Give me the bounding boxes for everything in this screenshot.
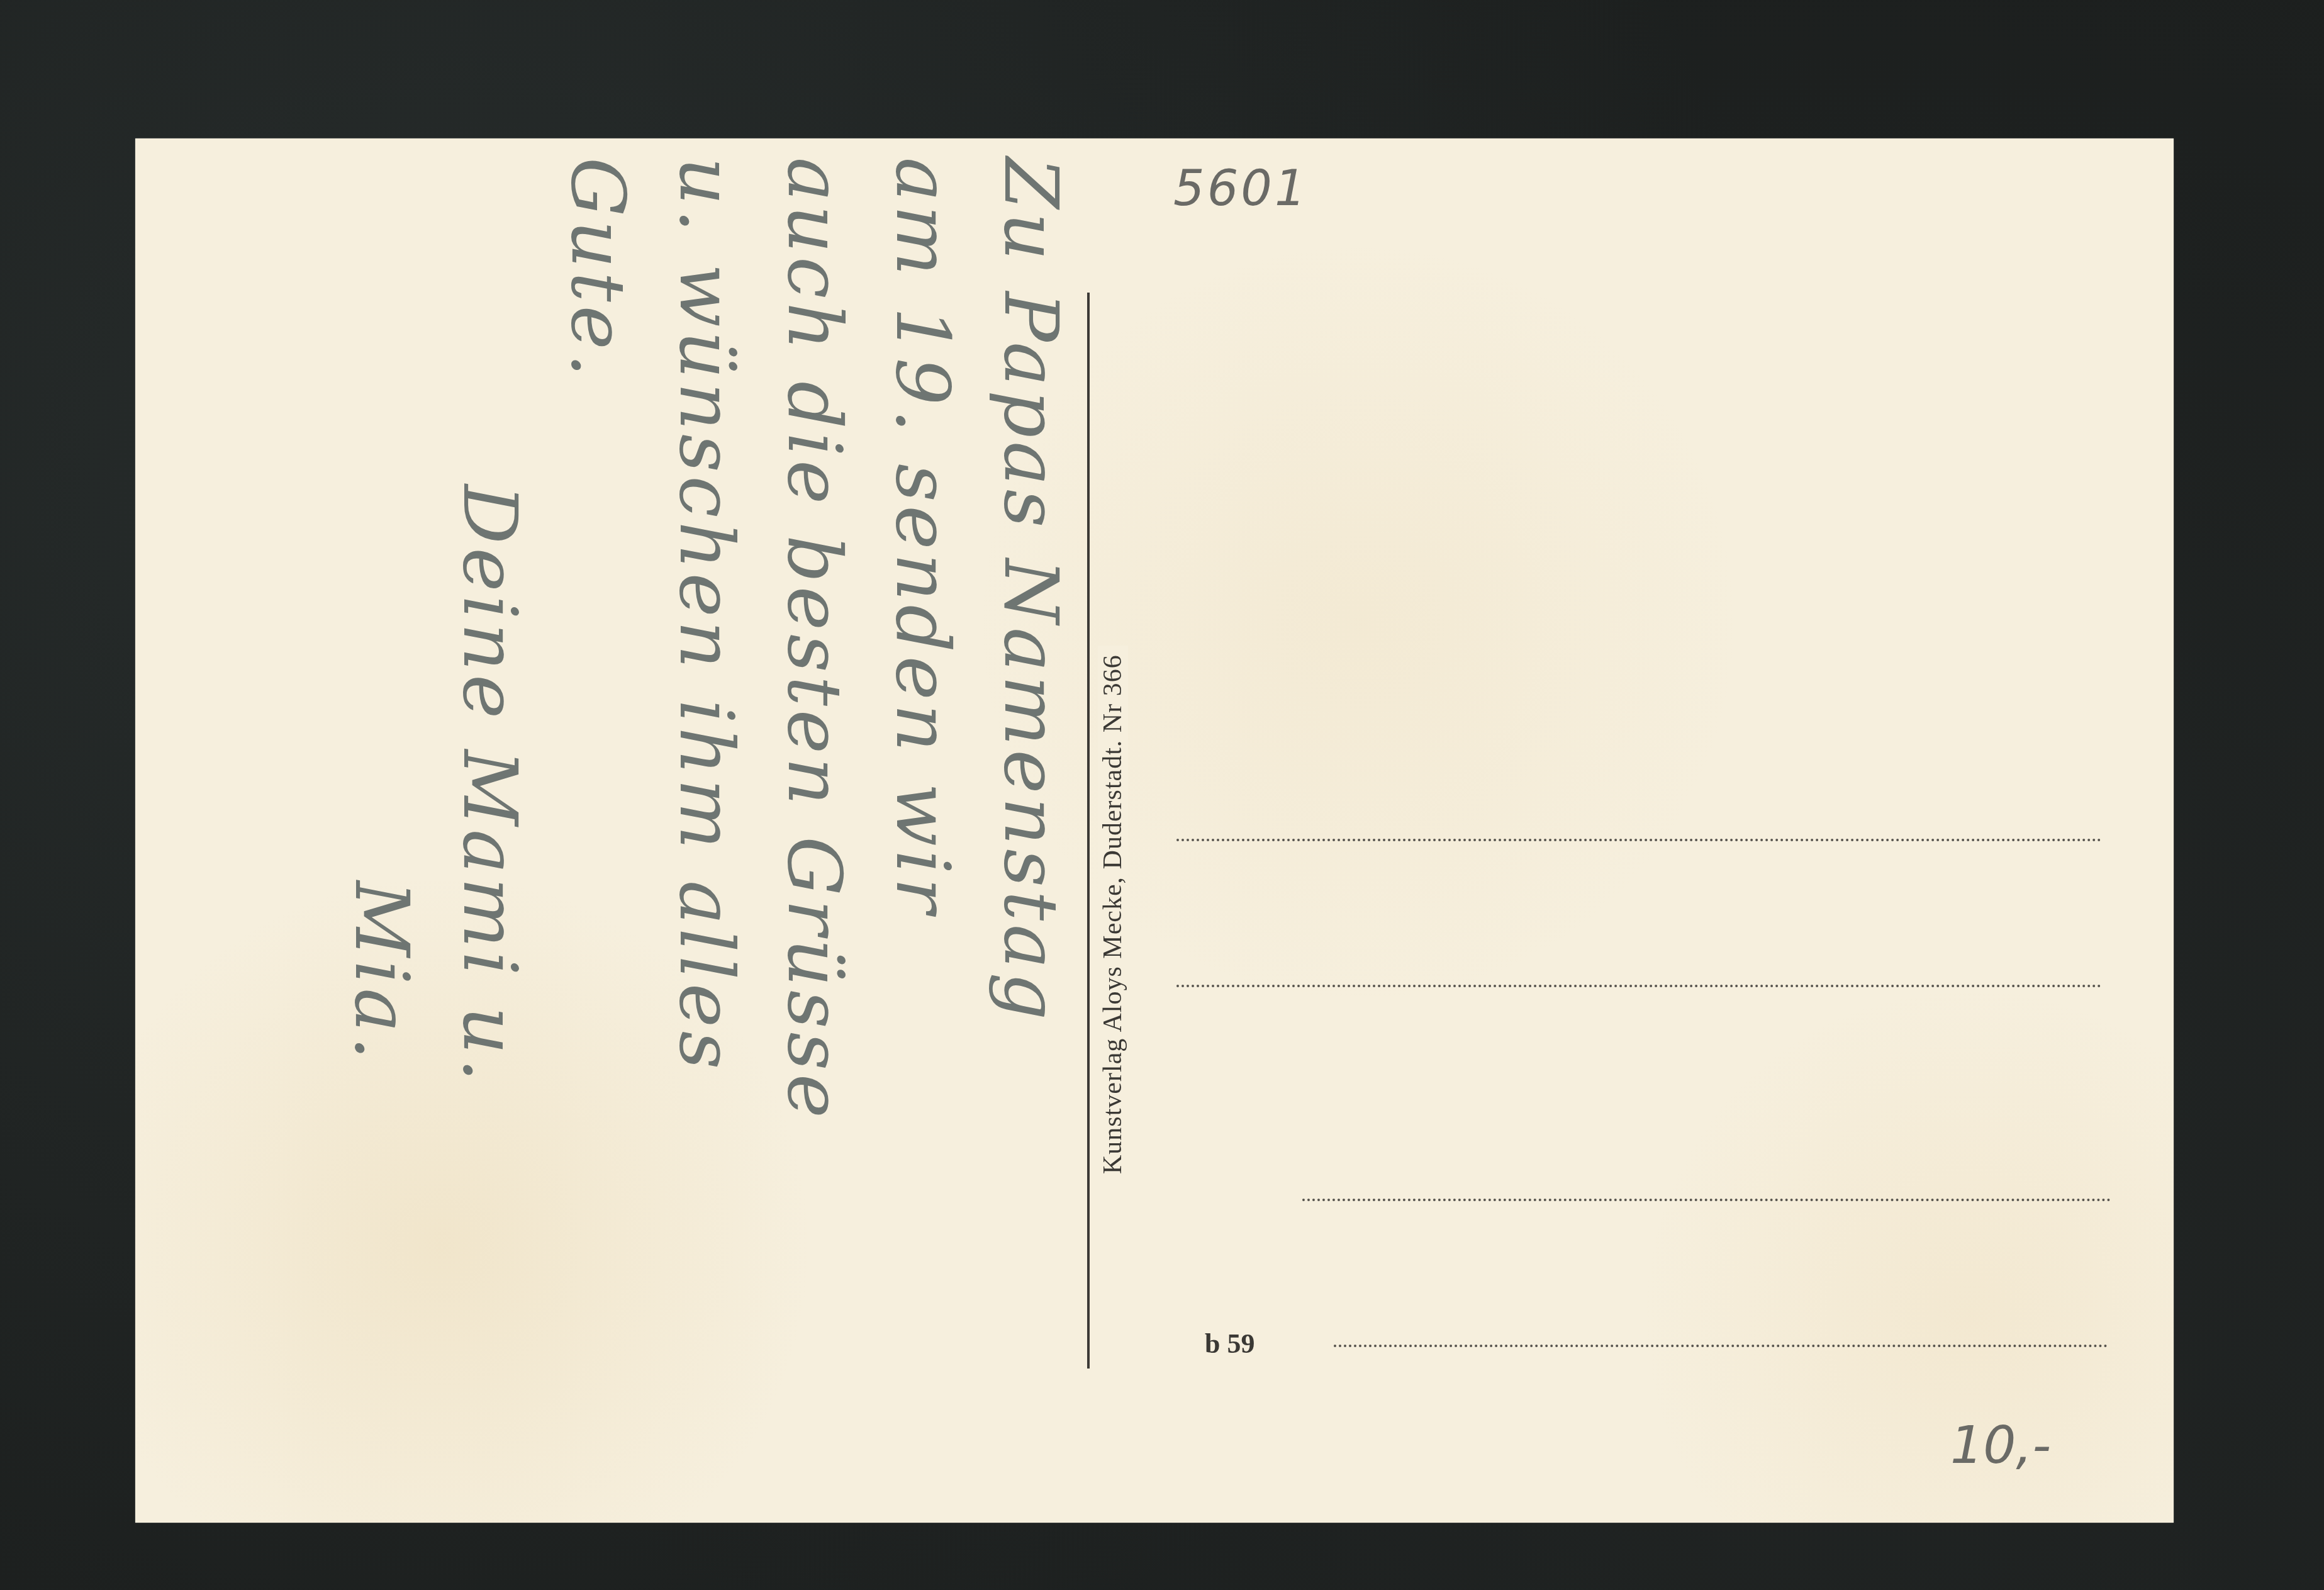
publisher-imprint: Kunstverlag Aloys Mecke, Duderstadt. Nr … bbox=[1098, 646, 1128, 1183]
message-line: am 19. senden wir bbox=[869, 157, 977, 1510]
message-line: Gute. bbox=[544, 157, 652, 1510]
message-line: auch die besten Grüsse bbox=[761, 157, 869, 1510]
price-annotation: 10,- bbox=[1950, 1416, 2051, 1475]
message-line: Zu Papas Namenstag bbox=[977, 157, 1085, 1510]
message-signature: Deine Mami u. bbox=[436, 157, 544, 1510]
archive-number: 5601 bbox=[1173, 160, 1309, 217]
postcard: 5601 Zu Papas Namenstag am 19. senden wi… bbox=[135, 138, 2174, 1523]
series-code: b 59 bbox=[1205, 1328, 1254, 1360]
handwritten-message: Zu Papas Namenstag am 19. senden wir auc… bbox=[328, 157, 1085, 1510]
message-signature: Mia. bbox=[328, 157, 436, 1510]
address-line-2 bbox=[1176, 985, 2101, 987]
address-line-4 bbox=[1334, 1345, 2108, 1347]
address-line-3 bbox=[1302, 1199, 2111, 1201]
center-divider bbox=[1087, 293, 1090, 1369]
message-line: u. wünschen ihm alles bbox=[652, 157, 761, 1510]
address-line-1 bbox=[1176, 839, 2101, 841]
